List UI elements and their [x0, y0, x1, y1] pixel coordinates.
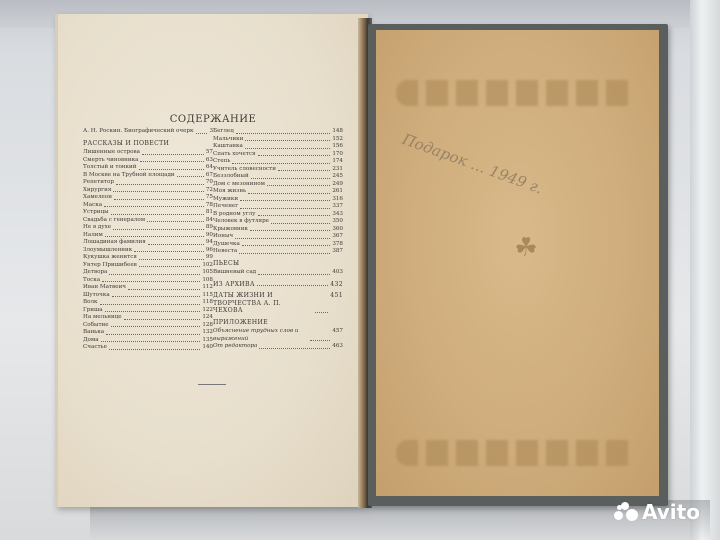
toc-entry-title: Иван Матвеич	[83, 284, 126, 292]
toc-entry: Событие128	[83, 322, 213, 330]
toc-entry-title: Хирургия	[83, 187, 111, 195]
toc-entry: Иван Матвеич112	[83, 284, 213, 292]
toc-entry-page: 360	[332, 226, 343, 234]
toc-entry-title: Лишенные острова	[83, 149, 140, 157]
toc-entry: Репетитор70	[83, 179, 213, 187]
toc-entry-title: Не в духе	[83, 224, 111, 232]
toc-entry-page: 148	[332, 128, 343, 136]
toc-entry-title: Душечка	[213, 241, 240, 249]
toc-entry-page: 70	[206, 179, 213, 187]
toc-entry: Не в духе89	[83, 224, 213, 232]
toc-entry-page: 108	[202, 277, 213, 285]
toc-entry: В родном углу343	[213, 211, 343, 219]
toc-entry-title: Степь	[213, 158, 230, 166]
toc-entry: Гриша122	[83, 307, 213, 315]
toc-entry-page: 84	[206, 217, 213, 225]
toc-entry-page: 132	[202, 329, 213, 337]
dot-leader	[111, 322, 201, 328]
dot-leader	[104, 202, 204, 208]
toc-entry: Тоска108	[83, 277, 213, 285]
toc-right-list: Беглец148Мальчики152Каштанка156Спать хоч…	[213, 128, 343, 256]
dot-leader	[100, 299, 201, 305]
dot-leader	[109, 269, 200, 275]
toc-entry: Хамелеон75	[83, 194, 213, 202]
toc-entry-page: 174	[332, 158, 343, 166]
dot-leader	[258, 151, 331, 157]
toc-entry: Ионыч367	[213, 233, 343, 241]
toc-entry-title: Дома	[83, 337, 99, 345]
toc-entry-page: 94	[206, 239, 213, 247]
decorated-endpaper: Подарок … 1949 г. ☘	[376, 30, 659, 496]
toc-entry-title: Репетитор	[83, 179, 114, 187]
toc-entry-page: 378	[332, 241, 343, 249]
dot-leader	[239, 248, 330, 254]
toc-entry: Дом с мезонином249	[213, 181, 343, 189]
toc-entry: Дома135	[83, 337, 213, 345]
dot-leader	[235, 233, 330, 239]
end-rule	[198, 384, 226, 385]
dot-leader	[245, 143, 330, 149]
background-window-frame	[690, 0, 720, 540]
toc-entry-page: 135	[202, 337, 213, 345]
toc-entry-title: ИЗ АРХИВА	[213, 281, 255, 289]
toc-entry: Мальчики152	[213, 136, 343, 144]
toc-entry-title: Смерть чиновника	[83, 157, 138, 165]
toc-entry: Толстый и тонкий64	[83, 164, 213, 172]
toc-entry-title: Хамелеон	[83, 194, 112, 202]
dot-leader	[101, 337, 201, 343]
toc-entry-page: 387	[332, 248, 343, 256]
toc-entry-page: 140	[202, 344, 213, 352]
toc-entry-title: Дом с мезонином	[213, 181, 265, 189]
section-heading-appendix: ПРИЛОЖЕНИЕ	[213, 319, 343, 327]
toc-entry-title: Волк	[83, 299, 98, 307]
toc-entry: Злоумышленник96	[83, 247, 213, 255]
toc-entry-title: Крыжовник	[213, 226, 248, 234]
toc-entry-page: 343	[332, 211, 343, 219]
toc-entry: А. Н. Роскин. Биографический очерк 3	[83, 128, 213, 136]
toc-entry: Объяснение трудных слов и выражений 457	[213, 328, 343, 343]
toc-entry: Мужики316	[213, 196, 343, 204]
toc-entry-page: 463	[332, 343, 343, 351]
toc-entry: Степь174	[213, 158, 343, 166]
toc-entry-page: 451	[330, 292, 343, 315]
toc-left-column: А. Н. Роскин. Биографический очерк 3 РАС…	[83, 128, 213, 352]
toc-entry: Унтер Пришибеев102	[83, 262, 213, 270]
vine-ornament-top	[396, 80, 636, 106]
dot-leader	[124, 314, 201, 320]
toc-entry-title: Невеста	[213, 248, 237, 256]
toc-entry-page: 337	[332, 203, 343, 211]
handwritten-inscription: Подарок … 1949 г.	[400, 130, 622, 226]
toc-entry: Свадьба с генералом84	[83, 217, 213, 225]
dot-leader	[139, 262, 201, 268]
toc-entry-page: 457	[332, 328, 343, 343]
toc-entry-page: 102	[202, 262, 213, 270]
toc-entry-title: Учитель словесности	[213, 166, 276, 174]
dot-leader	[109, 344, 200, 350]
toc-entry: Каштанка156	[213, 143, 343, 151]
toc-entry-page: 75	[206, 194, 213, 202]
toc-entry: Устрицы81	[83, 209, 213, 217]
avito-logo-icon	[614, 502, 638, 522]
dot-leader	[240, 196, 330, 202]
toc-entry-page: 105	[202, 269, 213, 277]
dot-leader	[148, 239, 204, 245]
toc-entry-title: Маска	[83, 202, 102, 210]
toc-entry-title: А. Н. Роскин. Биографический очерк	[83, 128, 194, 136]
toc-entry: Печенег337	[213, 203, 343, 211]
toc-entry: Спать хочется170	[213, 151, 343, 159]
toc-entry-title: Свадьба с генералом	[83, 217, 145, 225]
toc-entry: От редактора 463	[213, 343, 343, 351]
dot-leader	[310, 328, 330, 341]
toc-entry-title: Ванька	[83, 329, 104, 337]
toc-entry-page: 90	[206, 232, 213, 240]
toc-entry-page: 78	[206, 202, 213, 210]
dot-leader	[114, 194, 204, 200]
toc-entry: Налим90	[83, 232, 213, 240]
toc-entry-page: 350	[332, 218, 343, 226]
toc-entry: Кукушка женится99	[83, 254, 213, 262]
toc-entry-page: 231	[332, 166, 343, 174]
toc-entry-title: Тоска	[83, 277, 100, 285]
toc-entry: Лишенные острова57	[83, 149, 213, 157]
toc-entry: Маска78	[83, 202, 213, 210]
toc-entry: Детвора105	[83, 269, 213, 277]
toc-entry-page: 152	[332, 136, 343, 144]
section-heading-stories: РАССКАЗЫ И ПОВЕСТИ	[83, 140, 213, 148]
dot-leader	[113, 187, 204, 193]
dot-leader	[271, 218, 330, 224]
dot-leader	[139, 164, 204, 170]
dot-leader	[196, 128, 208, 134]
dot-leader	[134, 247, 204, 253]
toc-entry: Крыжовник360	[213, 226, 343, 234]
toc-entry: Хирургия72	[83, 187, 213, 195]
toc-title: СОДЕРЖАНИЕ	[58, 114, 368, 125]
toc-entry: Беглец148	[213, 128, 343, 136]
toc-entry-page: 124	[202, 314, 213, 322]
avito-watermark: Avito	[614, 500, 700, 524]
dot-leader	[177, 172, 204, 178]
vine-ornament-bottom	[396, 440, 636, 466]
dot-leader	[112, 292, 201, 298]
toc-entry-page: 249	[332, 181, 343, 189]
toc-entry: Человек в футляре350	[213, 218, 343, 226]
dot-leader	[248, 188, 330, 194]
toc-entry-page: 156	[332, 143, 343, 151]
toc-entry-page: 81	[206, 209, 213, 217]
publisher-emblem-icon: ☘	[508, 230, 544, 266]
dot-leader	[105, 307, 201, 313]
toc-entry-page: 403	[332, 269, 343, 277]
toc-entry-title: Моя жизнь	[213, 188, 246, 196]
dot-leader	[251, 173, 331, 179]
toc-entry-title: Ионыч	[213, 233, 233, 241]
toc-entry-page: 245	[332, 173, 343, 181]
toc-entry-page: 115	[202, 292, 213, 300]
toc-entry-page: 316	[332, 196, 343, 204]
toc-entry-title: Унтер Пришибеев	[83, 262, 137, 270]
toc-entry-page: 367	[332, 233, 343, 241]
dot-leader	[236, 128, 330, 134]
toc-entry-page: 122	[202, 307, 213, 315]
toc-entry-title: ДАТЫ ЖИЗНИ И ТВОРЧЕСТВА А. П. ЧЕХОВА	[213, 292, 313, 315]
dot-leader	[106, 329, 200, 335]
left-page-contents: СОДЕРЖАНИЕ А. Н. Роскин. Биографический …	[55, 14, 368, 507]
toc-entry-page: 118	[202, 299, 213, 307]
toc-entry-dates: ДАТЫ ЖИЗНИ И ТВОРЧЕСТВА А. П. ЧЕХОВА 451	[213, 292, 343, 315]
toc-entry: На мельнице124	[83, 314, 213, 322]
toc-entry-title: Беззлобный	[213, 173, 249, 181]
dot-leader	[245, 136, 330, 142]
dot-leader	[140, 157, 203, 163]
toc-entry: Шуточка115	[83, 292, 213, 300]
toc-entry-archive: ИЗ АРХИВА 432	[213, 281, 343, 289]
toc-entry: Смерть чиновника63	[83, 157, 213, 165]
toc-entry: Невеста387	[213, 248, 343, 256]
toc-entry-page: 261	[332, 188, 343, 196]
toc-entry: Моя жизнь261	[213, 188, 343, 196]
dot-leader	[116, 179, 204, 185]
toc-entry-page: 128	[202, 322, 213, 330]
toc-entry-title: Беглец	[213, 128, 234, 136]
dot-leader	[111, 209, 204, 215]
toc-entry: Волк118	[83, 299, 213, 307]
dot-leader	[258, 211, 331, 217]
dot-leader	[142, 149, 204, 155]
dot-leader	[258, 269, 330, 275]
toc-entry-page: 112	[202, 284, 213, 292]
toc-entry-title: Детвора	[83, 269, 107, 277]
dot-leader	[278, 166, 330, 172]
toc-entry-title: Налим	[83, 232, 103, 240]
toc-entry: Вишневый сад 403	[213, 269, 343, 277]
dot-leader	[257, 281, 328, 287]
toc-entry: Душечка378	[213, 241, 343, 249]
toc-entry-page: 72	[206, 187, 213, 195]
toc-entry-title: Вишневый сад	[213, 269, 256, 277]
dot-leader	[240, 203, 330, 209]
toc-entry-title: Злоумышленник	[83, 247, 132, 255]
toc-entry: Счастье140	[83, 344, 213, 352]
dot-leader	[267, 181, 330, 187]
toc-entry-title: Гриша	[83, 307, 103, 315]
dot-leader	[242, 241, 330, 247]
dot-leader	[315, 292, 328, 313]
dot-leader	[259, 343, 330, 349]
dot-leader	[232, 158, 330, 164]
dot-leader	[147, 217, 204, 223]
toc-entry-page: 63	[206, 157, 213, 165]
toc-right-column: Беглец148Мальчики152Каштанка156Спать хоч…	[213, 128, 343, 351]
toc-entry: Ванька132	[83, 329, 213, 337]
toc-entry-title: Мальчики	[213, 136, 243, 144]
dot-leader	[128, 284, 200, 290]
toc-entry-title: От редактора	[213, 343, 257, 351]
toc-entry-title: В Москве на Трубной площади	[83, 172, 175, 180]
toc-entry-title: Счастье	[83, 344, 107, 352]
toc-entry-page: 170	[332, 151, 343, 159]
avito-wordmark: Avito	[642, 500, 700, 524]
toc-entry-page: 57	[206, 149, 213, 157]
toc-entry: Беззлобный245	[213, 173, 343, 181]
section-heading-plays: ПЬЕСЫ	[213, 260, 343, 268]
dot-leader	[250, 226, 330, 232]
dot-leader	[139, 254, 204, 260]
toc-entry-title: Человек в футляре	[213, 218, 269, 226]
dot-leader	[113, 224, 204, 230]
toc-entry-title: В родном углу	[213, 211, 256, 219]
toc-entry-page: 67	[206, 172, 213, 180]
toc-entry-page: 432	[330, 281, 343, 289]
toc-entry: Учитель словесности231	[213, 166, 343, 174]
toc-entry-page: 89	[206, 224, 213, 232]
toc-entry-title: Событие	[83, 322, 109, 330]
toc-entry-title: Спать хочется	[213, 151, 256, 159]
toc-entry-page: 96	[206, 247, 213, 255]
toc-entry-title: Печенег	[213, 203, 238, 211]
toc-entry-page: 64	[206, 164, 213, 172]
toc-entry-title: Лошадиная фамилия	[83, 239, 146, 247]
table-of-contents: СОДЕРЖАНИЕ А. Н. Роскин. Биографический …	[58, 14, 368, 507]
dot-leader	[105, 232, 204, 238]
toc-entry-title: Кукушка женится	[83, 254, 137, 262]
toc-entry-title: Каштанка	[213, 143, 243, 151]
dot-leader	[102, 277, 200, 283]
toc-entry-title: Мужики	[213, 196, 238, 204]
toc-entry-title: Объяснение трудных слов и выражений	[213, 328, 308, 343]
toc-entry-title: Устрицы	[83, 209, 109, 217]
toc-left-list: Лишенные острова57Смерть чиновника63Толс…	[83, 149, 213, 352]
toc-entry-title: Шуточка	[83, 292, 110, 300]
toc-entry-page: 99	[206, 254, 213, 262]
toc-entry-title: На мельнице	[83, 314, 122, 322]
toc-entry: Лошадиная фамилия94	[83, 239, 213, 247]
toc-entry-title: Толстый и тонкий	[83, 164, 137, 172]
toc-entry: В Москве на Трубной площади67	[83, 172, 213, 180]
